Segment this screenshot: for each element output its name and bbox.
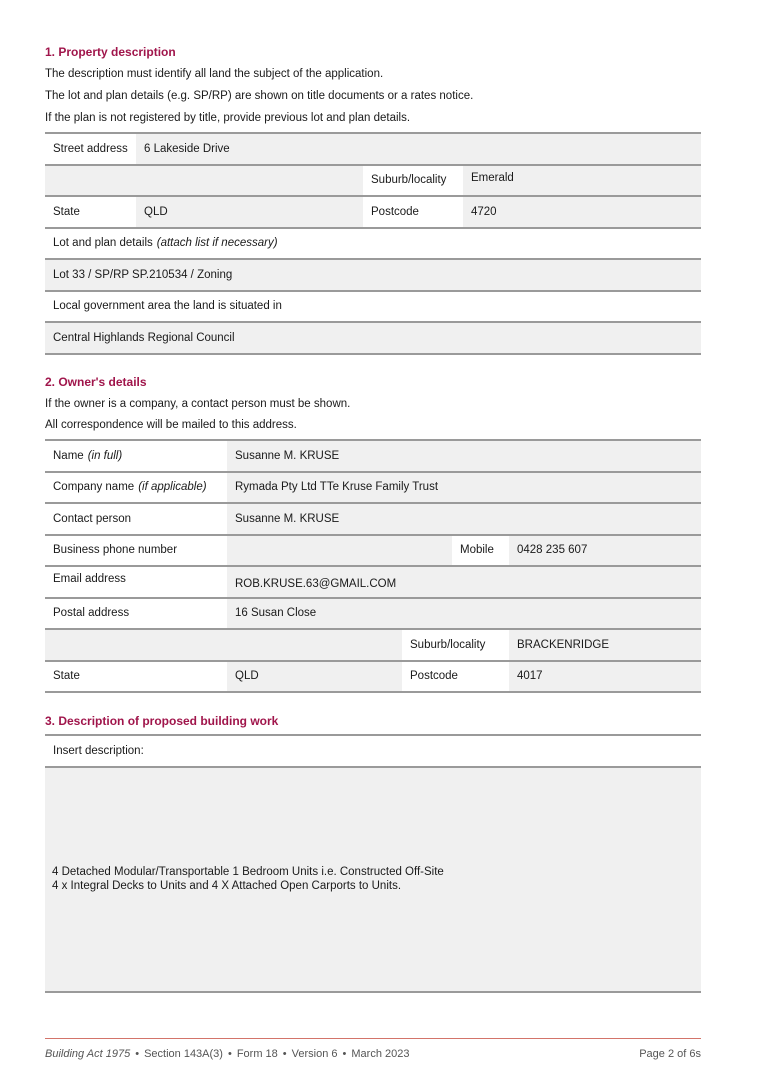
lga-label: Local government area the land is situat… <box>45 292 701 322</box>
bullet-separator: • <box>135 1048 139 1060</box>
footer-act: Building Act 1975 <box>45 1048 130 1060</box>
company-field[interactable]: Rymada Pty Ltd TTe Kruse Family Trust <box>227 473 701 503</box>
phone-label: Business phone number <box>45 536 227 566</box>
section-1-note: If the plan is not registered by title, … <box>45 112 410 124</box>
postal-row: Postal address 16 Susan Close <box>45 599 701 631</box>
section-2-title: 2. Owner's details <box>45 375 147 389</box>
lga-row: Central Highlands Regional Council <box>45 323 701 355</box>
email-label: Email address <box>45 567 227 597</box>
bullet-separator: • <box>343 1048 347 1060</box>
name-hint: (in full) <box>88 450 123 462</box>
contact-field[interactable]: Susanne M. KRUSE <box>227 504 701 534</box>
name-label-text: Name <box>53 450 84 462</box>
email-field[interactable]: ROB.KRUSE.63@GMAIL.COM <box>227 567 701 597</box>
empty-cell <box>45 630 402 660</box>
postcode-label: Postcode <box>363 197 463 227</box>
description-row: 4 Detached Modular/Transportable 1 Bedro… <box>45 768 701 993</box>
company-label: Company name (if applicable) <box>45 473 227 503</box>
empty-cell <box>45 166 363 196</box>
phone-row: Business phone number Mobile 0428 235 60… <box>45 536 701 568</box>
building-work-table: Insert description: 4 Detached Modular/T… <box>45 734 701 993</box>
lot-plan-label: Lot and plan details (attach list if nec… <box>45 229 701 259</box>
street-address-label: Street address <box>45 134 136 164</box>
section-1-note: The lot and plan details (e.g. SP/RP) ar… <box>45 90 473 102</box>
section-1-note: The description must identify all land t… <box>45 68 383 80</box>
lga-label-row: Local government area the land is situat… <box>45 292 701 324</box>
section-2-note: If the owner is a company, a contact per… <box>45 398 350 410</box>
section-3-title: 3. Description of proposed building work <box>45 714 278 728</box>
lot-plan-hint: (attach list if necessary) <box>157 237 278 249</box>
page-number: Page 2 of 6s <box>639 1048 701 1060</box>
insert-description-label: Insert description: <box>45 736 701 766</box>
lot-plan-label-row: Lot and plan details (attach list if nec… <box>45 229 701 261</box>
page-footer: Building Act 1975•Section 143A(3)•Form 1… <box>45 1048 701 1060</box>
owner-postcode-field[interactable]: 4017 <box>509 662 701 692</box>
state-row: State QLD Postcode 4720 <box>45 197 701 229</box>
phone-field[interactable] <box>227 536 452 566</box>
owner-postcode-label: Postcode <box>402 662 509 692</box>
owner-state-label: State <box>45 662 227 692</box>
owner-suburb-field[interactable]: BRACKENRIDGE <box>509 630 701 660</box>
state-field[interactable]: QLD <box>136 197 363 227</box>
bullet-separator: • <box>283 1048 287 1060</box>
owner-table: Name (in full) Susanne M. KRUSE Company … <box>45 439 701 693</box>
suburb-label: Suburb/locality <box>363 166 463 196</box>
lga-field[interactable]: Central Highlands Regional Council <box>45 323 701 353</box>
section-2-note: All correspondence will be mailed to thi… <box>45 419 297 431</box>
footer-date: March 2023 <box>351 1048 409 1060</box>
footer-section: Section 143A(3) <box>144 1048 223 1060</box>
contact-row: Contact person Susanne M. KRUSE <box>45 504 701 536</box>
owner-state-field[interactable]: QLD <box>227 662 402 692</box>
name-label: Name (in full) <box>45 441 227 471</box>
lot-plan-field[interactable]: Lot 33 / SP/RP SP.210534 / Zoning <box>45 260 701 290</box>
company-label-text: Company name <box>53 481 134 493</box>
mobile-field[interactable]: 0428 235 607 <box>509 536 701 566</box>
postal-label: Postal address <box>45 599 227 629</box>
owner-suburb-row: Suburb/locality BRACKENRIDGE <box>45 630 701 662</box>
name-field[interactable]: Susanne M. KRUSE <box>227 441 701 471</box>
footer-divider <box>45 1038 701 1039</box>
email-row: Email address ROB.KRUSE.63@GMAIL.COM <box>45 567 701 599</box>
suburb-field[interactable]: Emerald <box>463 166 701 196</box>
insert-label-row: Insert description: <box>45 736 701 768</box>
property-table: Street address 6 Lakeside Drive Suburb/l… <box>45 132 701 355</box>
lot-plan-row: Lot 33 / SP/RP SP.210534 / Zoning <box>45 260 701 292</box>
state-label: State <box>45 197 136 227</box>
company-row: Company name (if applicable) Rymada Pty … <box>45 473 701 505</box>
postcode-field[interactable]: 4720 <box>463 197 701 227</box>
postal-field[interactable]: 16 Susan Close <box>227 599 701 629</box>
footer-citation: Building Act 1975•Section 143A(3)•Form 1… <box>45 1048 409 1060</box>
owner-suburb-label: Suburb/locality <box>402 630 509 660</box>
bullet-separator: • <box>228 1048 232 1060</box>
suburb-row: Suburb/locality Emerald <box>45 166 701 198</box>
owner-state-row: State QLD Postcode 4017 <box>45 662 701 694</box>
footer-form: Form 18 <box>237 1048 278 1060</box>
footer-version: Version 6 <box>292 1048 338 1060</box>
contact-label: Contact person <box>45 504 227 534</box>
company-hint: (if applicable) <box>138 481 206 493</box>
street-address-field[interactable]: 6 Lakeside Drive <box>136 134 701 164</box>
mobile-label: Mobile <box>452 536 509 566</box>
name-row: Name (in full) Susanne M. KRUSE <box>45 441 701 473</box>
section-1-title: 1. Property description <box>45 45 176 59</box>
description-field[interactable]: 4 Detached Modular/Transportable 1 Bedro… <box>45 768 701 991</box>
street-address-row: Street address 6 Lakeside Drive <box>45 134 701 166</box>
lot-plan-label-text: Lot and plan details <box>53 237 153 249</box>
